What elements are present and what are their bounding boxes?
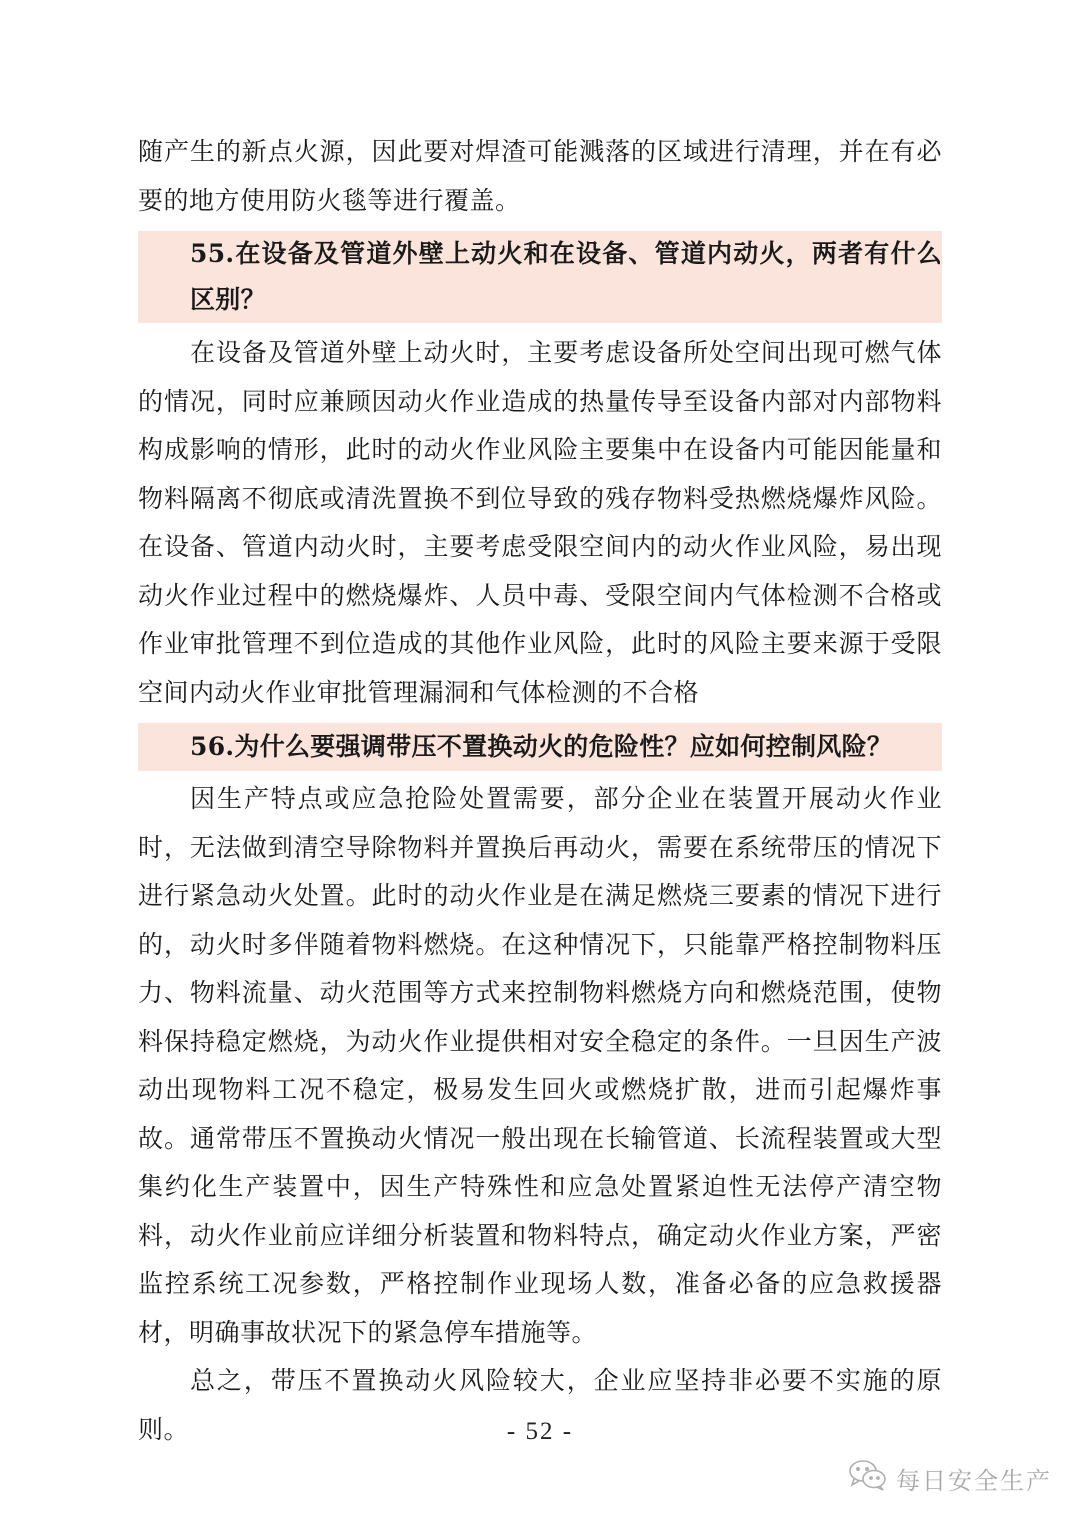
watermark: 每日安全生产	[848, 1458, 1052, 1498]
section-56-number: 56.	[190, 732, 234, 761]
section-56-heading: 56.为什么要强调带压不置换动火的危险性？应如何控制风险？	[138, 723, 942, 771]
page-content: 随产生的新点火源，因此要对焊渣可能溅落的区域进行清理，并在有必要的地方使用防火毯…	[138, 128, 942, 1454]
section-55-paragraph: 在设备及管道外壁上动火时，主要考虑设备所处空间出现可燃气体的情况，同时应兼顾因动…	[138, 329, 942, 717]
watermark-text: 每日安全生产	[896, 1461, 1052, 1496]
wechat-icon	[848, 1458, 888, 1498]
section-55-number: 55.	[190, 239, 234, 268]
section-56-paragraph-1: 因生产特点或应急抢险处置需要，部分企业在装置开展动火作业时，无法做到清空导除物料…	[138, 775, 942, 1357]
section-56-title: 为什么要强调带压不置换动火的危险性？应如何控制风险？	[234, 732, 892, 761]
document-page: 随产生的新点火源，因此要对焊渣可能溅落的区域进行清理，并在有必要的地方使用防火毯…	[0, 0, 1080, 1528]
section-55-title: 在设备及管道外壁上动火和在设备、管道内动火，两者有什么区别？	[190, 239, 942, 314]
section-55-heading: 55.在设备及管道外壁上动火和在设备、管道内动火，两者有什么区别？	[138, 231, 942, 323]
page-number: - 52 -	[0, 1418, 1080, 1446]
intro-paragraph: 随产生的新点火源，因此要对焊渣可能溅落的区域进行清理，并在有必要的地方使用防火毯…	[138, 128, 942, 225]
